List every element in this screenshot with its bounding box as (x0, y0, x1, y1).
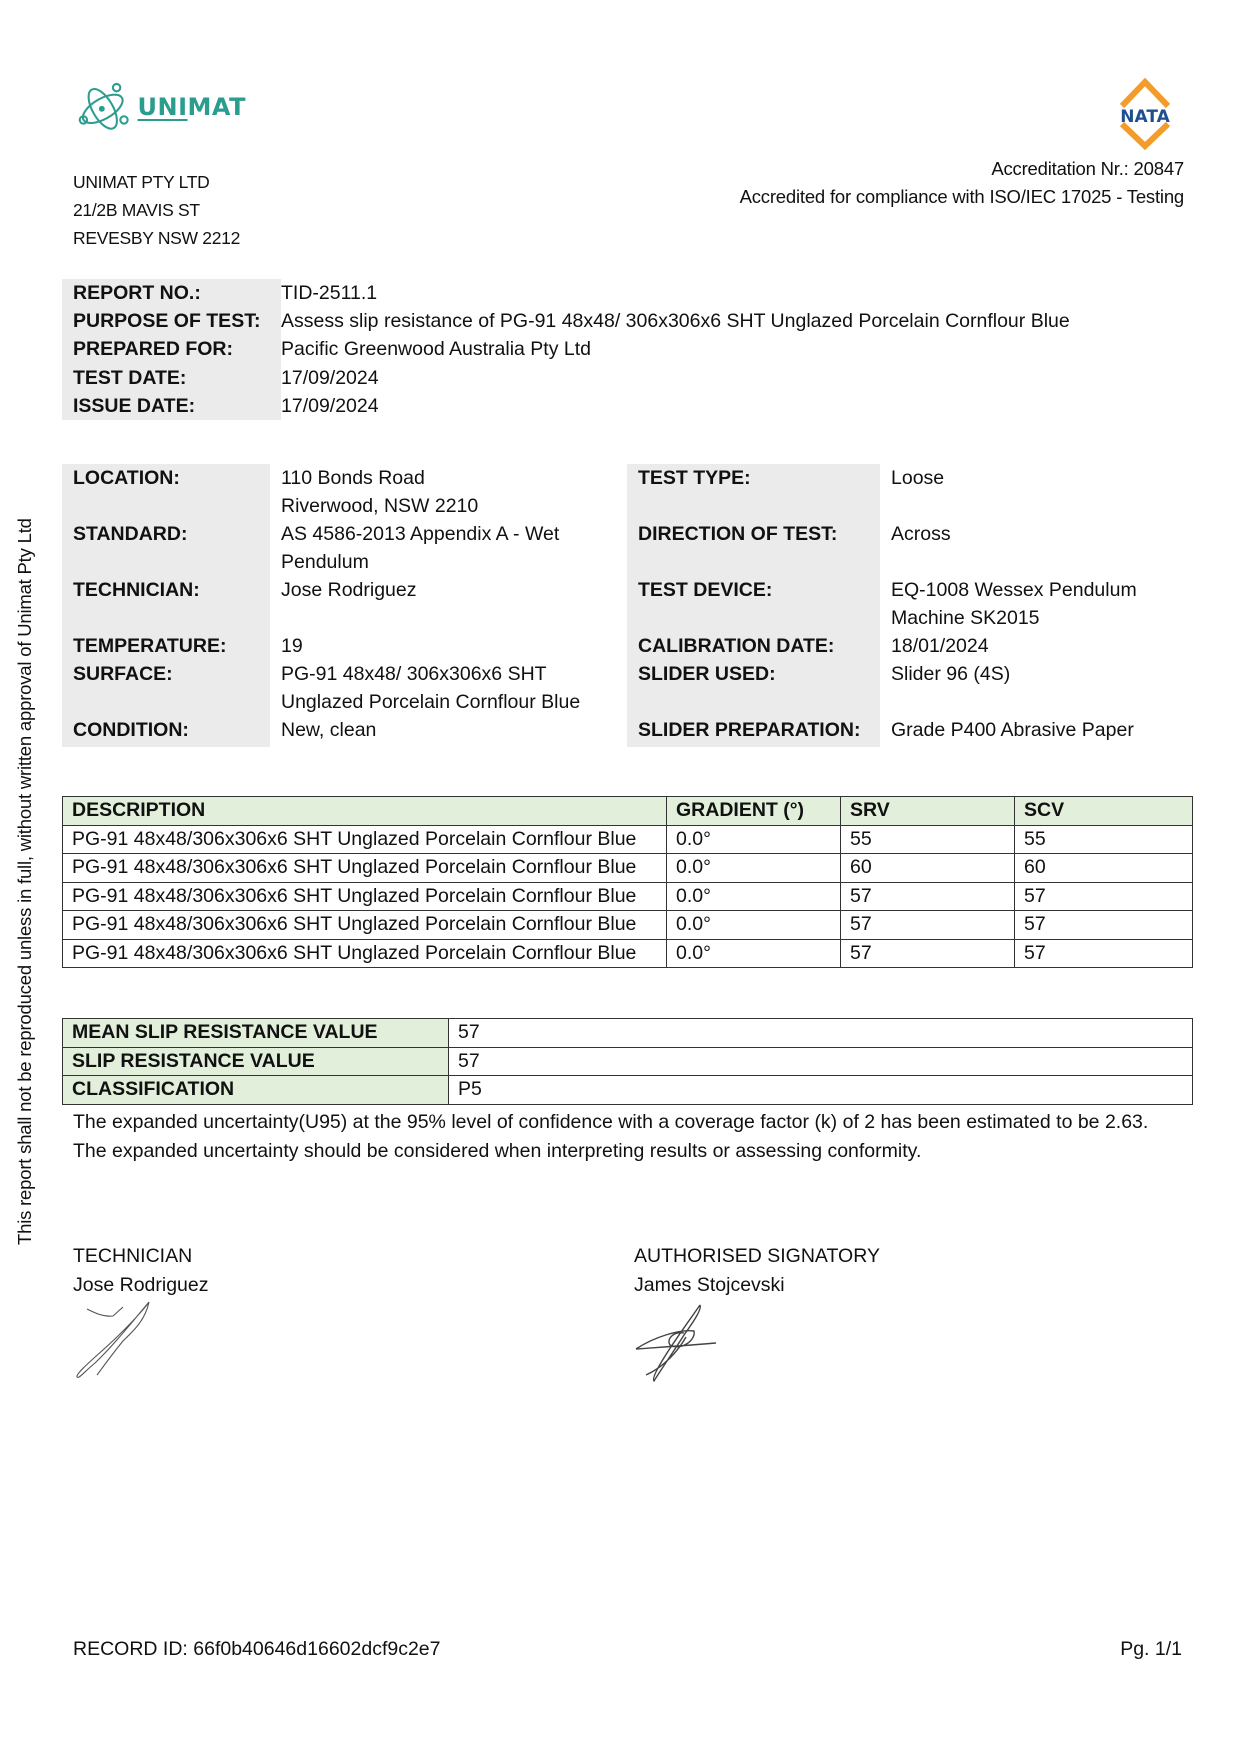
slider-preparation-label: SLIDER PREPARATION: (638, 716, 860, 744)
summary-table: MEAN SLIP RESISTANCE VALUE 57 SLIP RESIS… (62, 1018, 1193, 1105)
report-info-values: TID-2511.1 Assess slip resistance of PG-… (281, 279, 1181, 420)
description-cell: PG-91 48x48/306x306x6 SHT Unglazed Porce… (63, 911, 667, 940)
summary-row-classification: CLASSIFICATION P5 (63, 1076, 1193, 1105)
standard-label: STANDARD: (73, 520, 187, 548)
summary-row-srv: SLIP RESISTANCE VALUE 57 (63, 1047, 1193, 1076)
report-info-labels: REPORT NO.: PURPOSE OF TEST: PREPARED FO… (62, 279, 281, 420)
standard-value-line1: AS 4586-2013 Appendix A - Wet (281, 520, 559, 548)
col-srv: SRV (841, 797, 1015, 826)
col-scv: SCV (1015, 797, 1193, 826)
uncertainty-note: The expanded uncertainty(U95) at the 95%… (73, 1108, 1183, 1165)
issue-date-label: ISSUE DATE: (73, 392, 281, 420)
address-line: UNIMAT PTY LTD (73, 168, 240, 196)
location-label: LOCATION: (73, 464, 180, 492)
logo-wordmark: UNIMAT (138, 93, 246, 121)
gradient-cell: 0.0° (667, 825, 841, 854)
location-value-line2: Riverwood, NSW 2210 (281, 492, 478, 520)
technician-value: Jose Rodriguez (281, 576, 417, 604)
test-date-label: TEST DATE: (73, 364, 281, 392)
purpose-label: PURPOSE OF TEST: (73, 307, 281, 335)
test-device-label: TEST DEVICE: (638, 576, 772, 604)
test-type-value: Loose (891, 464, 944, 492)
test-type-label: TEST TYPE: (638, 464, 751, 492)
mean-srv-value: 57 (449, 1019, 1193, 1048)
surface-value-line1: PG-91 48x48/ 306x306x6 SHT (281, 660, 547, 688)
srv-cell: 57 (841, 911, 1015, 940)
slider-used-label: SLIDER USED: (638, 660, 776, 688)
direction-value: Across (891, 520, 951, 548)
results-header-row: DESCRIPTION GRADIENT (°) SRV SCV (63, 797, 1193, 826)
technician-label: TECHNICIAN: (73, 576, 200, 604)
gradient-cell: 0.0° (667, 939, 841, 968)
classification-value: P5 (449, 1076, 1193, 1105)
table-row: PG-91 48x48/306x306x6 SHT Unglazed Porce… (63, 854, 1193, 883)
issue-date-value: 17/09/2024 (281, 392, 1181, 420)
srv-cell: 60 (841, 854, 1015, 883)
gradient-cell: 0.0° (667, 854, 841, 883)
srv-cell: 57 (841, 882, 1015, 911)
scv-cell: 55 (1015, 825, 1193, 854)
unimat-logo: UNIMAT (76, 76, 246, 138)
scv-cell: 57 (1015, 882, 1193, 911)
temperature-value: 19 (281, 632, 303, 660)
left-labels-bg (62, 464, 270, 747)
table-row: PG-91 48x48/306x306x6 SHT Unglazed Porce… (63, 825, 1193, 854)
test-date-value: 17/09/2024 (281, 364, 1181, 392)
atom-icon (76, 77, 130, 137)
report-no-label: REPORT NO.: (73, 279, 281, 307)
condition-label: CONDITION: (73, 716, 189, 744)
srv-value: 57 (449, 1047, 1193, 1076)
scv-cell: 57 (1015, 939, 1193, 968)
calibration-date-value: 18/01/2024 (891, 632, 989, 660)
slider-preparation-value: Grade P400 Abrasive Paper (891, 716, 1134, 744)
authorised-signature-icon (634, 1301, 724, 1386)
logo-text-rest: MAT (188, 93, 246, 121)
scv-cell: 60 (1015, 854, 1193, 883)
standard-value-line2: Pendulum (281, 548, 369, 576)
authorised-name: James Stojcevski (634, 1271, 880, 1300)
technician-signature-icon (73, 1301, 163, 1381)
direction-label: DIRECTION OF TEST: (638, 520, 837, 548)
description-cell: PG-91 48x48/306x306x6 SHT Unglazed Porce… (63, 854, 667, 883)
right-labels-bg (627, 464, 880, 747)
prepared-for-value: Pacific Greenwood Australia Pty Ltd (281, 335, 1181, 363)
logo-text-underlined: UNI (138, 93, 188, 121)
authorised-role: AUTHORISED SIGNATORY (634, 1242, 880, 1271)
authorised-signature-block: AUTHORISED SIGNATORY James Stojcevski (634, 1242, 880, 1386)
calibration-date-label: CALIBRATION DATE: (638, 632, 834, 660)
page-number: Pg. 1/1 (1120, 1638, 1182, 1661)
record-id: RECORD ID: 66f0b40646d16602dcf9c2e7 (73, 1638, 441, 1661)
test-device-value-line1: EQ-1008 Wessex Pendulum (891, 576, 1137, 604)
description-cell: PG-91 48x48/306x306x6 SHT Unglazed Porce… (63, 825, 667, 854)
address-line: REVESBY NSW 2212 (73, 224, 240, 252)
technician-role: TECHNICIAN (73, 1242, 209, 1271)
mean-srv-label: MEAN SLIP RESISTANCE VALUE (63, 1019, 449, 1048)
nata-text: NATA (1120, 107, 1170, 127)
table-row: PG-91 48x48/306x306x6 SHT Unglazed Porce… (63, 939, 1193, 968)
address-line: 21/2B MAVIS ST (73, 196, 240, 224)
nata-logo: NATA (1110, 78, 1180, 150)
prepared-for-label: PREPARED FOR: (73, 335, 281, 363)
table-row: PG-91 48x48/306x306x6 SHT Unglazed Porce… (63, 882, 1193, 911)
summary-row-mean: MEAN SLIP RESISTANCE VALUE 57 (63, 1019, 1193, 1048)
test-device-value-line2: Machine SK2015 (891, 604, 1040, 632)
gradient-cell: 0.0° (667, 911, 841, 940)
table-row: PG-91 48x48/306x306x6 SHT Unglazed Porce… (63, 911, 1193, 940)
srv-label: SLIP RESISTANCE VALUE (63, 1047, 449, 1076)
report-no-value: TID-2511.1 (281, 279, 1181, 307)
description-cell: PG-91 48x48/306x306x6 SHT Unglazed Porce… (63, 882, 667, 911)
surface-value-line2: Unglazed Porcelain Cornflour Blue (281, 688, 580, 716)
scv-cell: 57 (1015, 911, 1193, 940)
slider-used-value: Slider 96 (4S) (891, 660, 1010, 688)
reproduction-notice: This report shall not be reproduced unle… (14, 518, 36, 1245)
classification-label: CLASSIFICATION (63, 1076, 449, 1105)
results-table: DESCRIPTION GRADIENT (°) SRV SCV PG-91 4… (62, 796, 1193, 968)
temperature-label: TEMPERATURE: (73, 632, 226, 660)
company-address: UNIMAT PTY LTD 21/2B MAVIS ST REVESBY NS… (73, 168, 240, 252)
accreditation: Accreditation Nr.: 20847 Accredited for … (740, 155, 1184, 211)
col-description: DESCRIPTION (63, 797, 667, 826)
description-cell: PG-91 48x48/306x306x6 SHT Unglazed Porce… (63, 939, 667, 968)
surface-label: SURFACE: (73, 660, 173, 688)
accreditation-number: Accreditation Nr.: 20847 (740, 155, 1184, 183)
location-value-line1: 110 Bonds Road (281, 464, 425, 492)
srv-cell: 55 (841, 825, 1015, 854)
col-gradient: GRADIENT (°) (667, 797, 841, 826)
condition-value: New, clean (281, 716, 376, 744)
accreditation-statement: Accredited for compliance with ISO/IEC 1… (740, 183, 1184, 211)
technician-signature-block: TECHNICIAN Jose Rodriguez (73, 1242, 209, 1381)
purpose-value: Assess slip resistance of PG-91 48x48/ 3… (281, 307, 1181, 335)
technician-name: Jose Rodriguez (73, 1271, 209, 1300)
test-details: LOCATION: 110 Bonds Road Riverwood, NSW … (62, 464, 1192, 749)
gradient-cell: 0.0° (667, 882, 841, 911)
srv-cell: 57 (841, 939, 1015, 968)
nata-diamond-icon: NATA (1110, 78, 1180, 150)
